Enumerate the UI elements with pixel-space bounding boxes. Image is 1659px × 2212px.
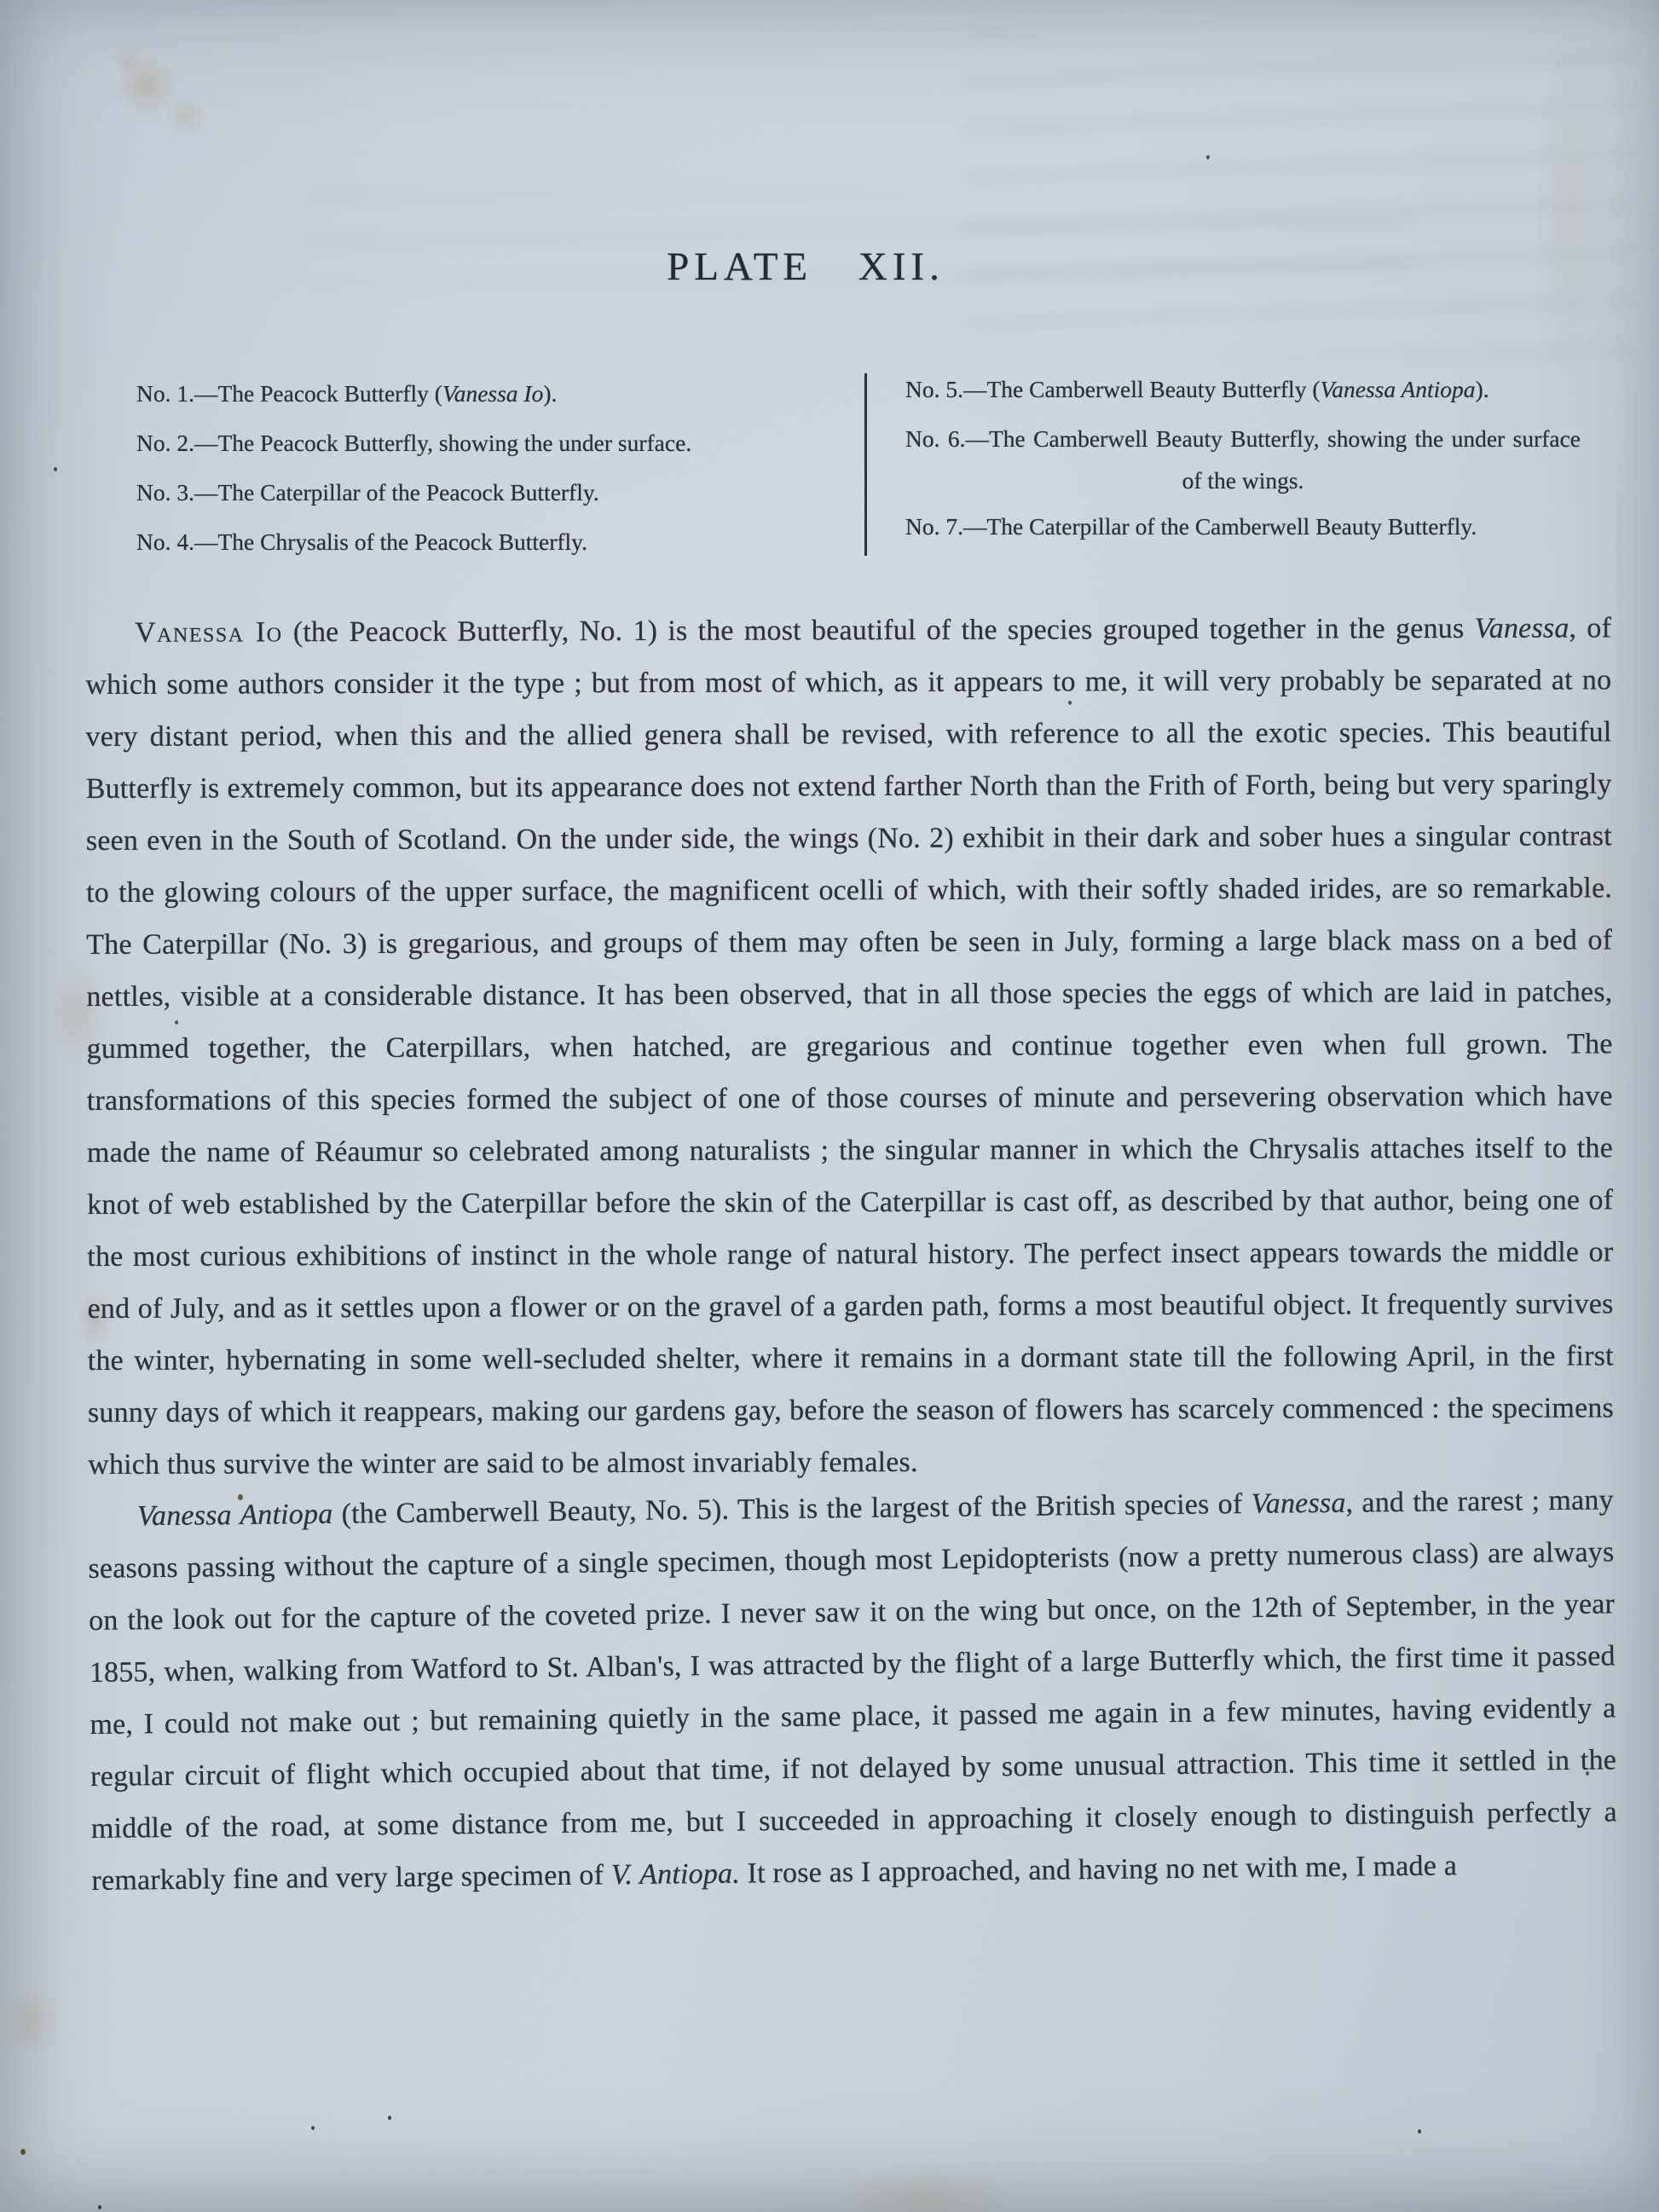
- caption-no-4: No. 4.—The Chrysalis of the Peacock Butt…: [136, 528, 837, 556]
- body-text: Vanessa Io (the Peacock Butterfly, No. 1…: [85, 602, 1616, 1907]
- paragraph-vanessa-io: Vanessa Io (the Peacock Butterfly, No. 1…: [85, 602, 1614, 1491]
- caption-no-2: No. 2.—The Peacock Butterfly, showing th…: [136, 430, 837, 457]
- caption-column-left: No. 1.—The Peacock Butterfly (Vanessa Io…: [136, 380, 837, 578]
- caption-no-3: No. 3.—The Caterpillar of the Peacock Bu…: [136, 479, 837, 506]
- plate-title: PLATE XII.: [0, 244, 1611, 290]
- caption-no-7: No. 7.—The Caterpillar of the Camberwell…: [905, 512, 1581, 540]
- caption-column-right: No. 5.—The Camberwell Beauty Butterfly (…: [905, 375, 1581, 555]
- paper-specks: [388, 2116, 391, 2120]
- scanned-book-page: PLATE XII. No. 1.—The Peacock Butterfly …: [0, 0, 1659, 2212]
- caption-no-6: No. 6.—The Camberwell Beauty Butterfly, …: [905, 418, 1581, 501]
- caption-no-5: No. 5.—The Camberwell Beauty Butterfly (…: [905, 375, 1581, 403]
- caption-column-divider: [864, 373, 867, 556]
- paragraph-vanessa-antiopa: Vanessa Antiopa (the Camberwell Beauty, …: [87, 1474, 1617, 1907]
- page-bleedthrough-top-right: [963, 26, 1637, 358]
- caption-no-1: No. 1.—The Peacock Butterfly (Vanessa Io…: [136, 380, 837, 407]
